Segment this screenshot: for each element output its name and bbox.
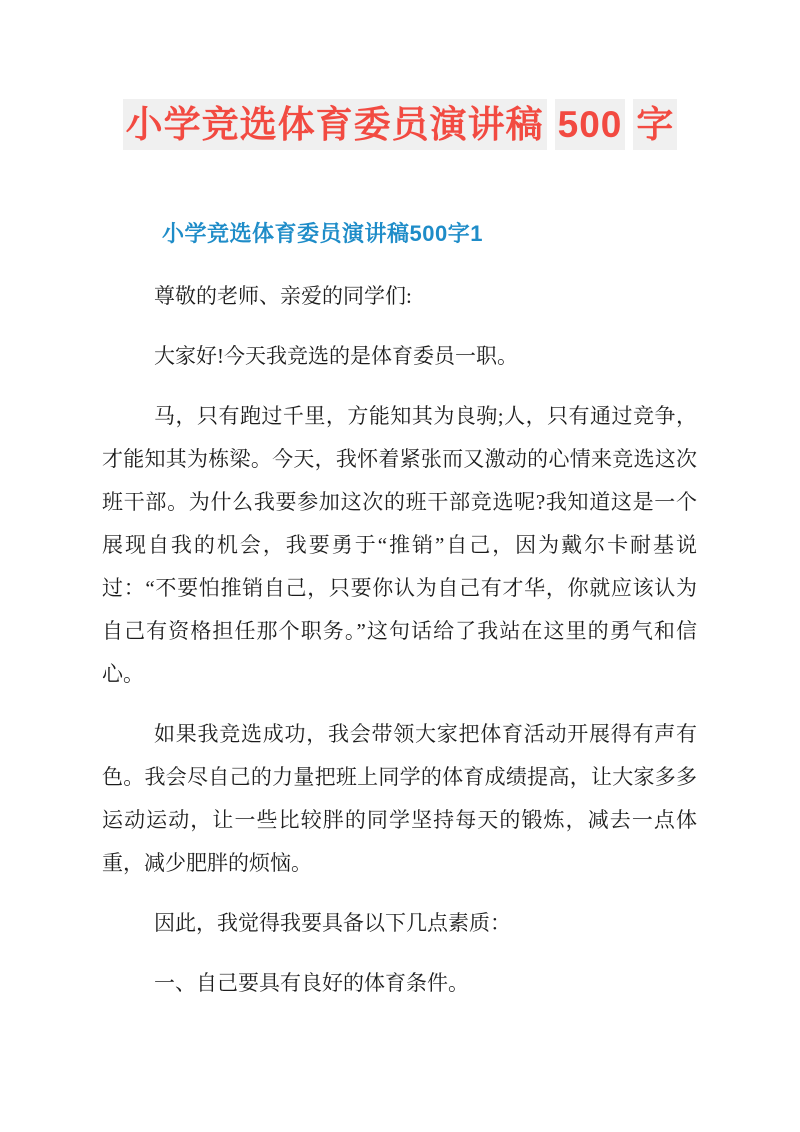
paragraph-salutation: 尊敬的老师、亲爱的同学们:	[102, 275, 697, 318]
document-page: 小学竞选体育委员演讲稿500字 小学竞选体育委员演讲稿500字1 尊敬的老师、亲…	[0, 0, 800, 1132]
title-segment-number: 500	[555, 99, 626, 150]
paragraph-intro: 马，只有跑过千里，方能知其为良驹;人，只有通过竞争，才能知其为栋梁。今天，我怀着…	[102, 395, 697, 696]
document-title: 小学竞选体育委员演讲稿500字	[80, 100, 720, 149]
document-body: 尊敬的老师、亲爱的同学们: 大家好!今天我竞选的是体育委员一职。 马，只有跑过千…	[102, 275, 697, 1005]
title-segment-main: 小学竞选体育委员演讲稿	[123, 99, 547, 150]
paragraph-quality-item-1: 一、自己要具有良好的体育条件。	[102, 962, 697, 1005]
section-heading: 小学竞选体育委员演讲稿500字1	[162, 219, 700, 249]
paragraph-greeting: 大家好!今天我竞选的是体育委员一职。	[102, 335, 697, 378]
paragraph-plans: 如果我竞选成功，我会带领大家把体育活动开展得有声有色。我会尽自己的力量把班上同学…	[102, 713, 697, 885]
paragraph-qualities-lead: 因此，我觉得我要具备以下几点素质：	[102, 902, 697, 945]
title-segment-unit: 字	[633, 99, 677, 150]
